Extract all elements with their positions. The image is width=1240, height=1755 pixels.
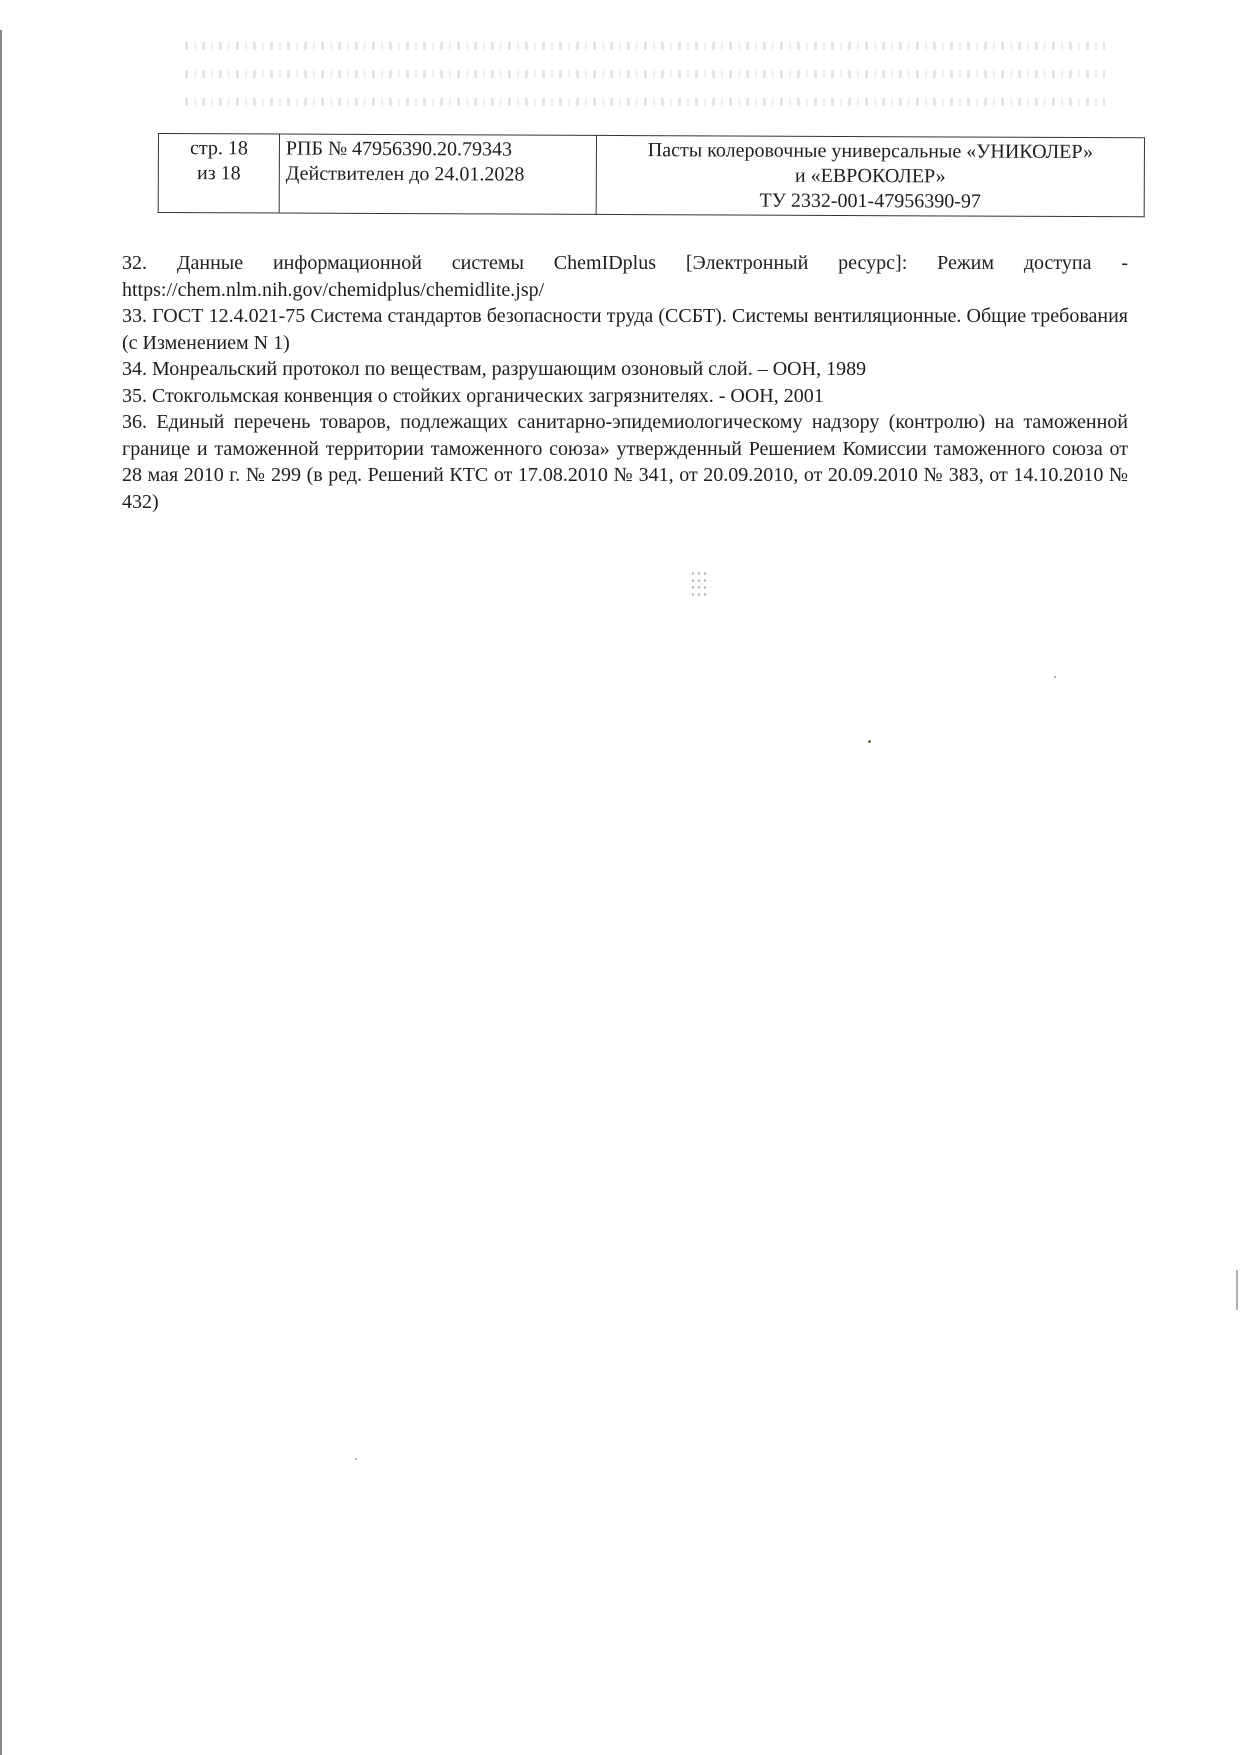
- reference-text: Монреальский протокол по веществам, разр…: [152, 358, 866, 380]
- scan-noise: [690, 570, 710, 600]
- scan-speck: [868, 740, 871, 743]
- header-row: стр. 18 из 18 РПБ № 47956390.20.79343 Де…: [158, 134, 1144, 217]
- page-header-table: стр. 18 из 18 РПБ № 47956390.20.79343 Де…: [158, 133, 1145, 217]
- scan-edge-left: [0, 30, 2, 1755]
- reference-text: Единый перечень товаров, подлежащих сани…: [122, 411, 1128, 513]
- product-spec: ТУ 2332-001-47956390-97: [603, 188, 1138, 215]
- scan-speck: [355, 1458, 357, 1460]
- reference-item-34: 34. Монреальский протокол по веществам, …: [122, 356, 1128, 383]
- validity-date: Действителен до 24.01.2028: [286, 162, 590, 188]
- reference-list: 32. Данные информационной системы ChemID…: [122, 250, 1128, 515]
- scan-edge-right: [1236, 1270, 1238, 1310]
- reference-item-36: 36. Единый перечень товаров, подлежащих …: [122, 409, 1128, 515]
- bleed-through-text: [185, 98, 1105, 106]
- page-number-cell: стр. 18 из 18: [158, 134, 279, 214]
- reference-text: Стокгольмская конвенция о стойких органи…: [152, 385, 824, 407]
- page-current: стр. 18: [165, 136, 273, 161]
- bleed-through-text: [185, 42, 1105, 50]
- reference-item-33: 33. ГОСТ 12.4.021-75 Система стандартов …: [122, 303, 1128, 356]
- reference-number: 34.: [122, 358, 147, 380]
- page-total: из 18: [165, 161, 273, 186]
- bleed-through-text: [185, 70, 1105, 78]
- reference-number: 32.: [122, 252, 147, 274]
- reference-number: 35.: [122, 385, 147, 407]
- reference-item-32: 32. Данные информационной системы ChemID…: [122, 250, 1128, 303]
- scan-speck: [1054, 676, 1056, 678]
- reference-number: 33.: [122, 305, 147, 327]
- product-name-line2: и «ЕВРОКОЛЕР»: [603, 163, 1138, 190]
- product-cell: Пасты колеровочные универсальные «УНИКОЛ…: [596, 135, 1144, 216]
- registration-cell: РПБ № 47956390.20.79343 Действителен до …: [279, 134, 596, 214]
- reference-text: ГОСТ 12.4.021-75 Система стандартов безо…: [122, 305, 1128, 354]
- reference-item-35: 35. Стокгольмская конвенция о стойких ор…: [122, 383, 1128, 410]
- reference-number: 36.: [122, 411, 147, 433]
- registration-number: РПБ № 47956390.20.79343: [286, 137, 590, 163]
- reference-text: Данные информационной системы ChemIDplus…: [122, 252, 1128, 301]
- product-name-line1: Пасты колеровочные универсальные «УНИКОЛ…: [603, 138, 1138, 165]
